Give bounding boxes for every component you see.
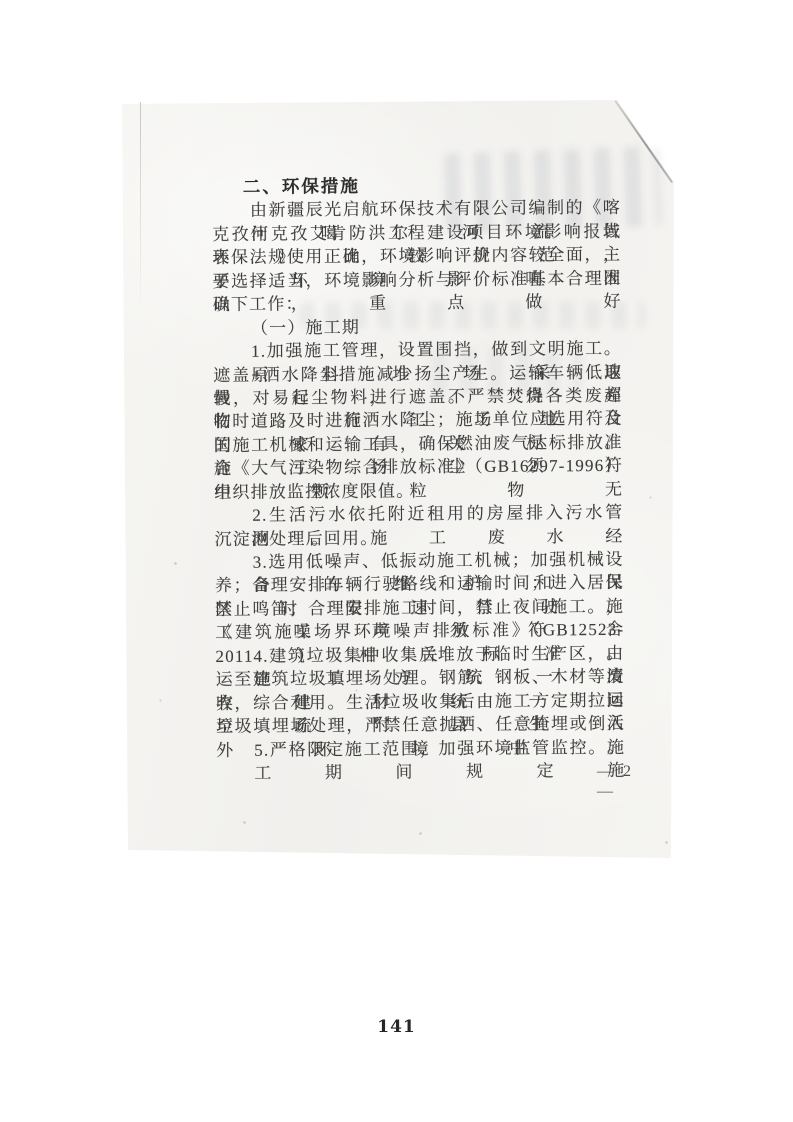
text-line: 禁止鸣笛；合理安排施工时间，禁止夜间施工。施工噪声须符合 xyxy=(215,595,624,622)
text-line: 环保法规使用正确，环境影响评价内容较全面，主要环境影响因 xyxy=(212,243,621,270)
text-line: 收，综合利用。生活垃圾收集后由施工方定期拉运至疏附县生活 xyxy=(216,688,625,715)
text-line: 的施工机械和运输工具，确保燃油废气达标排放。施工扬尘须符 xyxy=(214,431,623,458)
scan-background: 二、环保措施 由新疆辰光启航环保技术有限公司编制的《喀什噶尔河流域 克孜河克孜艾… xyxy=(0,0,793,1122)
scan-specks xyxy=(0,0,1,1)
side-page-number-bottom: — xyxy=(597,782,657,802)
text-line: 3.选用低噪声、低振动施工机械；加强机械设备的维护和保 xyxy=(215,548,624,575)
text-line: 克孜河克孜艾肯防洪工程建设项目环境影响报告表》比较规范， xyxy=(212,220,621,247)
paper-crease xyxy=(140,102,141,317)
text-line: 载，对易起尘物料进行遮盖。严禁焚烧各类废弃物。施工场地及 xyxy=(213,384,622,411)
text-line: 垃圾填埋场处理，严禁任意抛洒、任意掩埋或倒入外环境中。 xyxy=(216,712,625,739)
text-line: 4.建筑垃圾集中收集后堆放于临时生产区，由施工方统一清 xyxy=(215,642,624,669)
document-text-block: 二、环保措施 由新疆辰光启航环保技术有限公司编制的《喀什噶尔河流域 克孜河克孜艾… xyxy=(212,173,626,762)
text-line: 临时道路及时进行洒水降尘；施工单位应选用符合国家有关标准 xyxy=(214,407,623,434)
subsection-heading: （一）施工期 xyxy=(213,313,622,340)
text-line: 5.严格限定施工范围，加强环境监管监控。施工期间规定施 xyxy=(216,735,625,762)
text-line: 遮盖+洒水降尘措施减少扬尘产生。运输车辆低速慢行，不得超 xyxy=(213,360,622,387)
side-page-number: — 2 — xyxy=(597,762,657,801)
text-line: 《建筑施工场界环境噪声排放标准》（GB12523-2011）相关标准。 xyxy=(215,618,624,645)
section-heading: 二、环保措施 xyxy=(212,173,621,200)
side-page-number-top: — 2 xyxy=(597,762,657,782)
text-line: 养；合理安排车辆行驶路线和运输时间；进入居民区时限速行驶， xyxy=(215,571,624,598)
text-line: 由新疆辰光启航环保技术有限公司编制的《喀什噶尔河流域 xyxy=(212,196,621,223)
text-line: 1.加强施工管理，设置围挡，做到文明施工。原料堆场采取 xyxy=(213,337,622,364)
text-line: 子选择适当，环境影响分析与评价标准基本合理准确，重点做好 xyxy=(212,267,621,294)
footer-page-number: 141 xyxy=(0,1017,793,1037)
text-line: 2.生活污水依托附近租用的房屋排入污水管网。施工废水经 xyxy=(214,501,623,528)
text-line: 合《大气污染物综合排放标准》（GB16297-1996）中颗粒物无 xyxy=(214,454,623,481)
text-line: 运至建筑垃圾填埋场处理。钢筋、钢板、木材等废弃建材统一回 xyxy=(216,665,625,692)
